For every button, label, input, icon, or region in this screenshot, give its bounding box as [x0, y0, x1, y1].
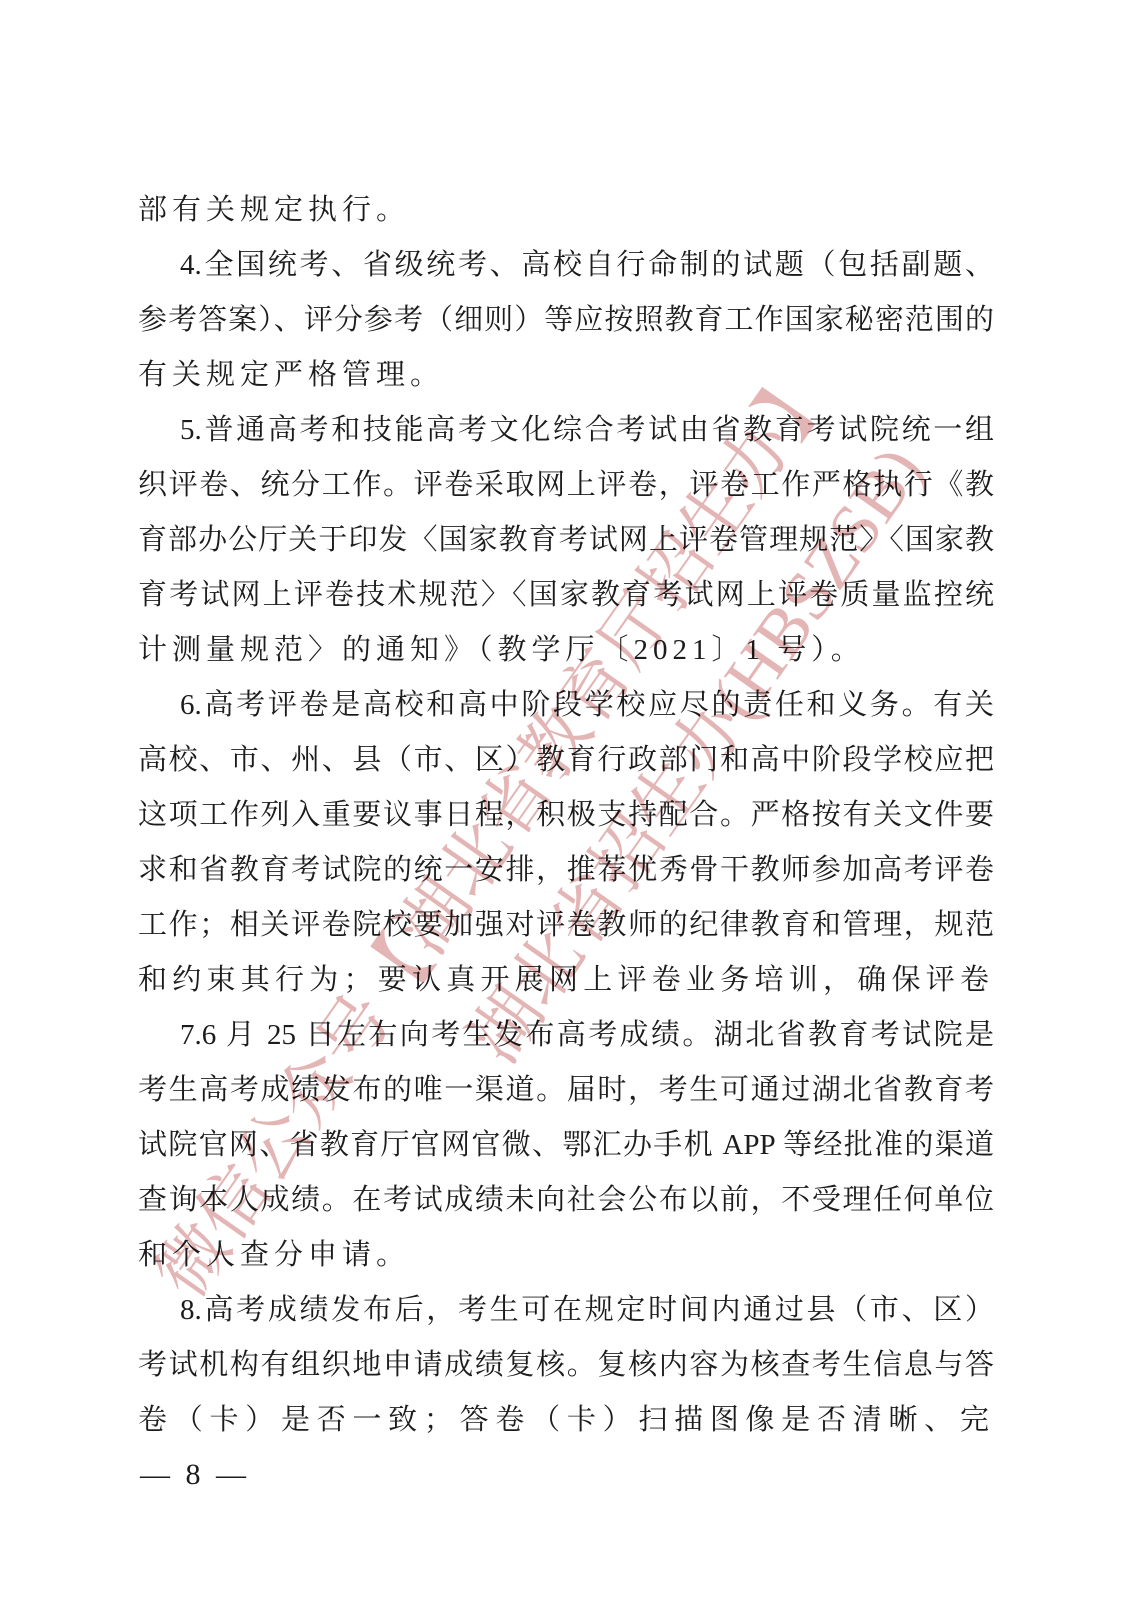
text-line: 和约束其行为；要认真开展网上评卷业务培训，确保评卷质量。 — [138, 953, 994, 1008]
text-line: 试院官网、省教育厅官网官微、鄂汇办手机 APP 等经批准的渠道 — [138, 1118, 994, 1173]
text-line: 育考试网上评卷技术规范〉〈国家教育考试网上评卷质量监控统 — [138, 568, 994, 623]
text-line: 有关规定严格管理。 — [138, 348, 994, 403]
text-line: 部有关规定执行。 — [138, 183, 994, 238]
text-line: 4.全国统考、省级统考、高校自行命制的试题（包括副题、 — [138, 238, 994, 293]
text-line: 参考答案）、评分参考（细则）等应按照教育工作国家秘密范围的 — [138, 293, 994, 348]
text-line: 卷（卡）是否一致；答卷（卡）扫描图像是否清晰、完整；是否 — [138, 1393, 994, 1448]
text-line: 5.普通高考和技能高考文化综合考试由省教育考试院统一组 — [138, 403, 994, 458]
document-body: 部有关规定执行。4.全国统考、省级统考、高校自行命制的试题（包括副题、参考答案）… — [138, 183, 994, 1448]
text-line: 高校、市、州、县（市、区）教育行政部门和高中阶段学校应把 — [138, 733, 994, 788]
text-line: 8.高考成绩发布后，考生可在规定时间内通过县（市、区） — [138, 1283, 994, 1338]
text-line: 求和省教育考试院的统一安排，推荐优秀骨干教师参加高考评卷 — [138, 843, 994, 898]
document-page: 部有关规定执行。4.全国统考、省级统考、高校自行命制的试题（包括副题、参考答案）… — [0, 0, 1131, 1600]
text-line: 7.6 月 25 日左右向考生发布高考成绩。湖北省教育考试院是 — [138, 1008, 994, 1063]
text-line: 这项工作列入重要议事日程，积极支持配合。严格按有关文件要 — [138, 788, 994, 843]
text-line: 工作；相关评卷院校要加强对评卷教师的纪律教育和管理，规范 — [138, 898, 994, 953]
text-line: 查询本人成绩。在考试成绩未向社会公布以前，不受理任何单位 — [138, 1173, 994, 1228]
page-number: — 8 — — [140, 1458, 250, 1492]
text-line: 6.高考评卷是高校和高中阶段学校应尽的责任和义务。有关 — [138, 678, 994, 733]
text-line: 和个人查分申请。 — [138, 1228, 994, 1283]
text-line: 计测量规范〉的通知》（教学厅〔2021〕1 号）。 — [138, 623, 994, 678]
text-line: 考试机构有组织地申请成绩复核。复核内容为核查考生信息与答 — [138, 1338, 994, 1393]
text-line: 育部办公厅关于印发〈国家教育考试网上评卷管理规范〉〈国家教 — [138, 513, 994, 568]
text-line: 考生高考成绩发布的唯一渠道。届时，考生可通过湖北省教育考 — [138, 1063, 994, 1118]
text-line: 织评卷、统分工作。评卷采取网上评卷，评卷工作严格执行《教 — [138, 458, 994, 513]
